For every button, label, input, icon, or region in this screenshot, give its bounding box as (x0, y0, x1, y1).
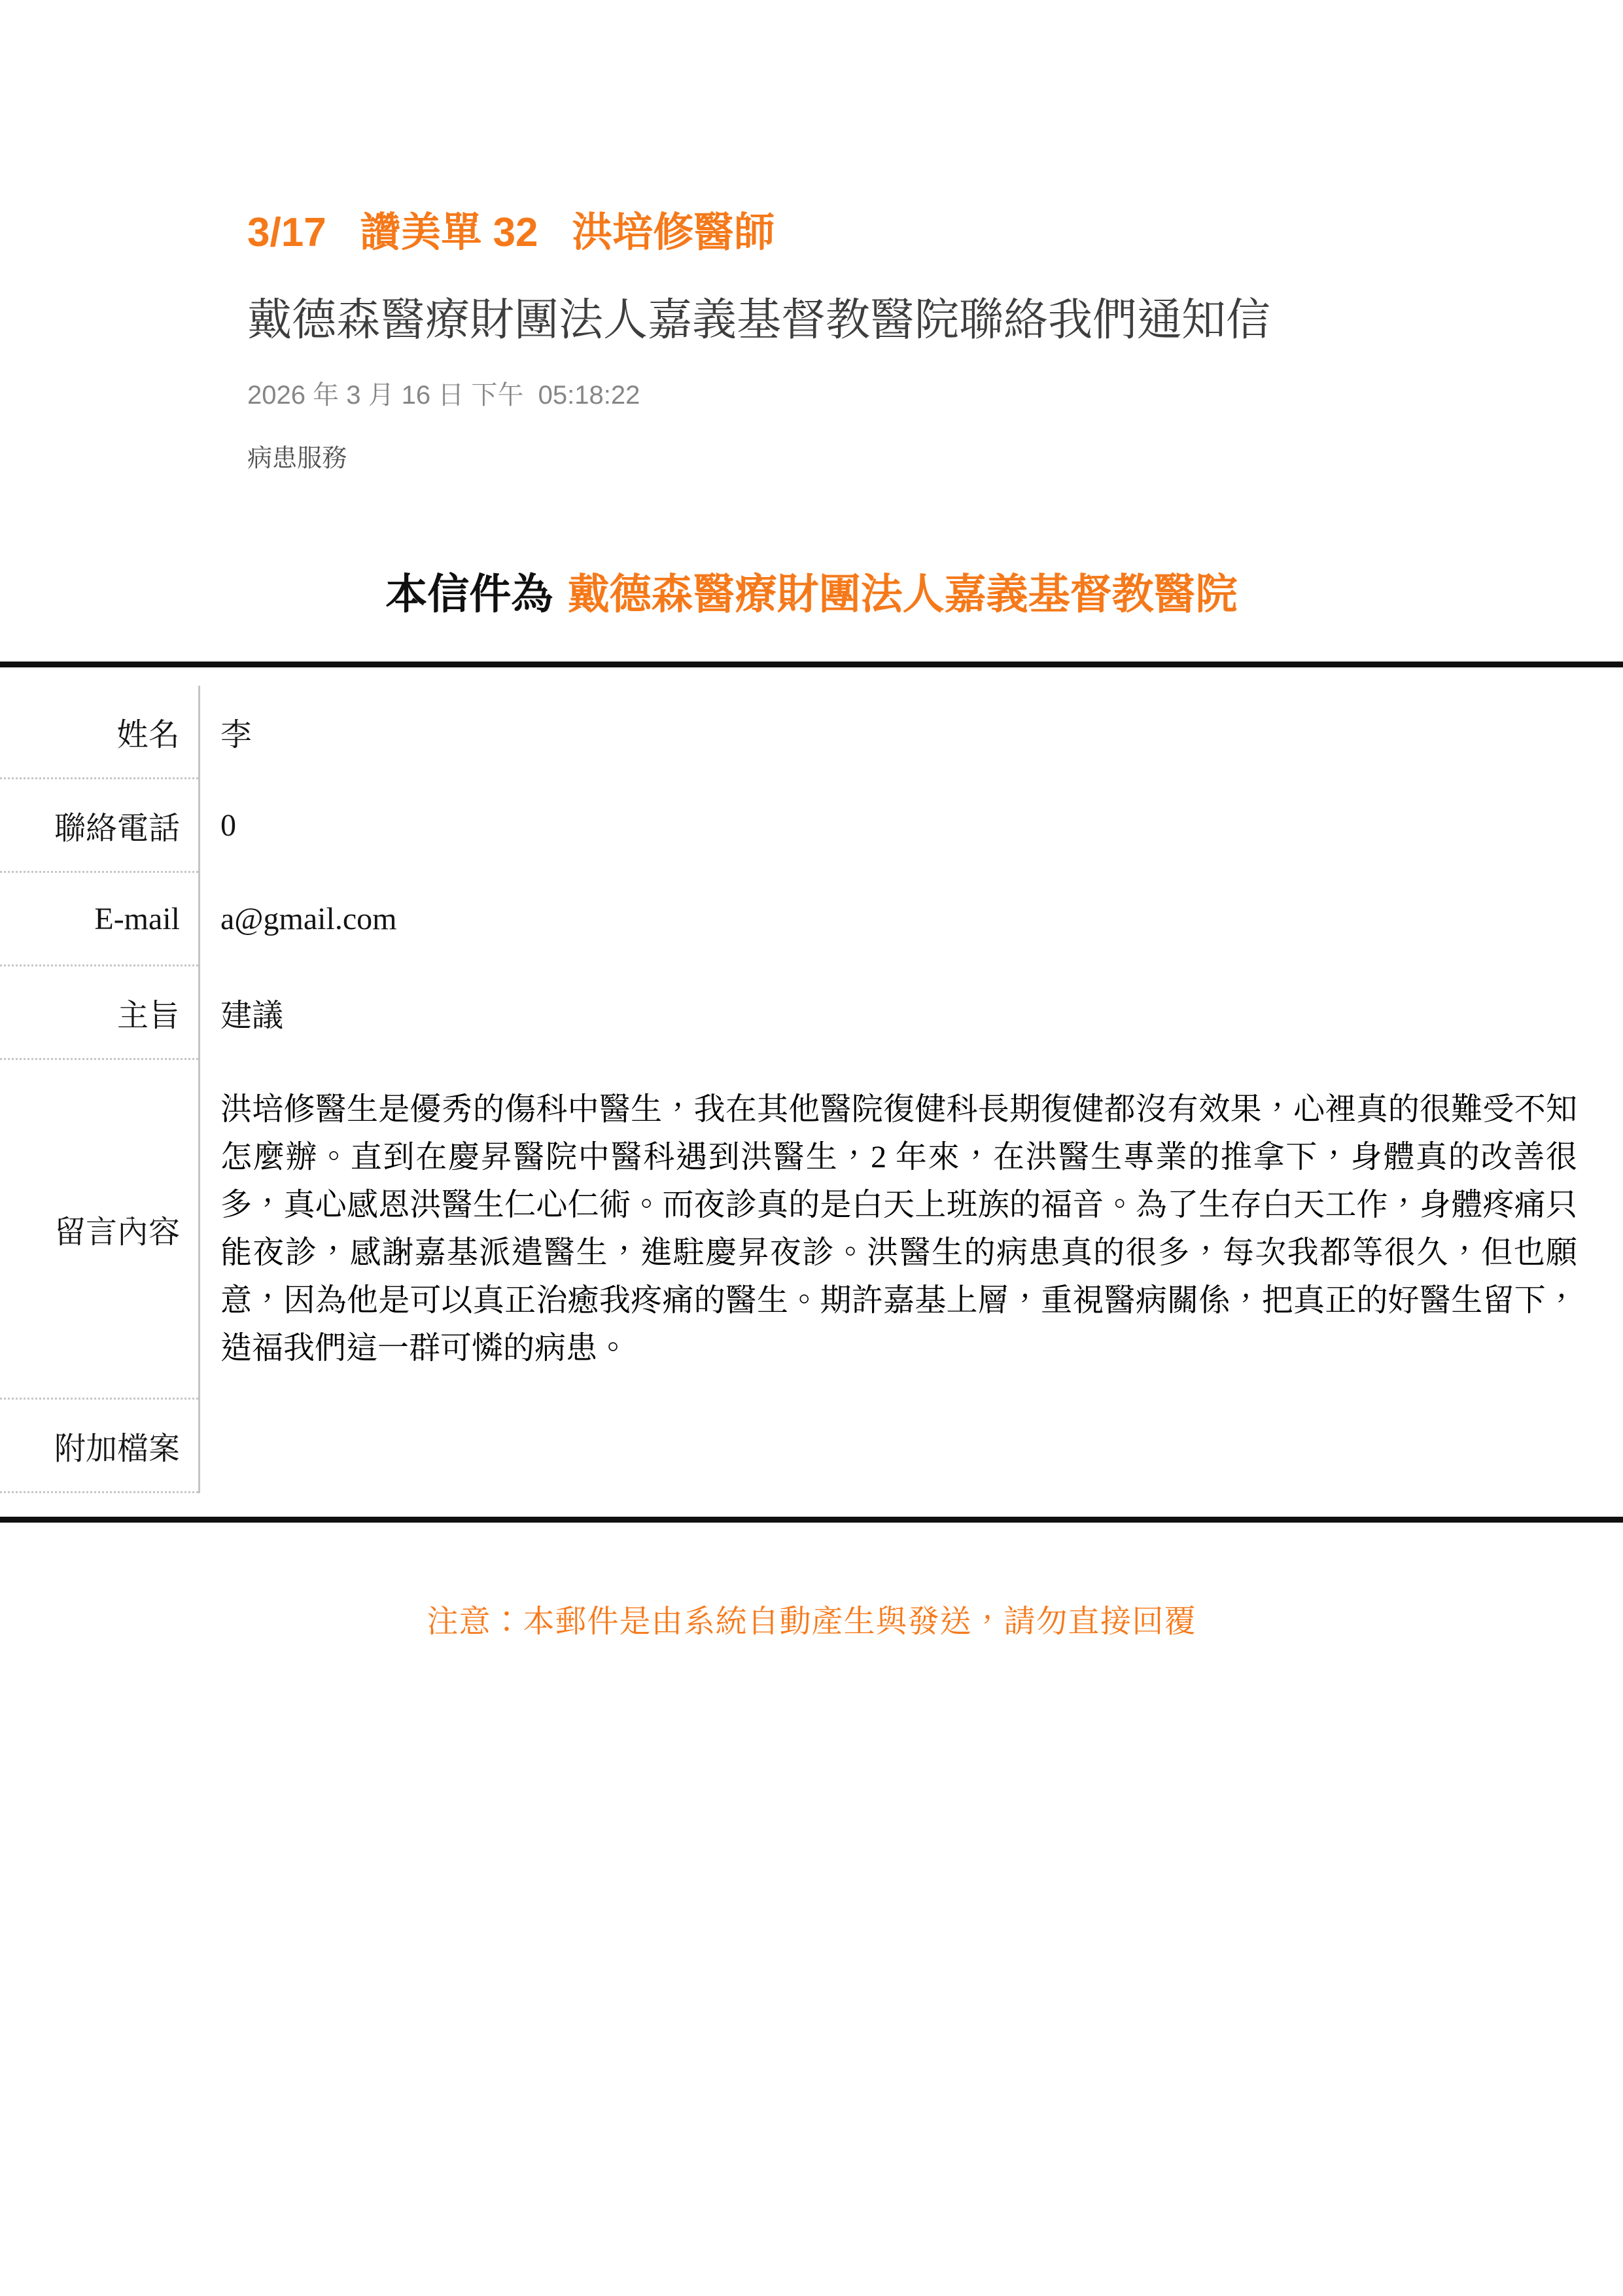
email-value: a@gmail.com (200, 872, 1623, 966)
document-title: 戴德森醫療財團法人嘉義基督教醫院聯絡我們通知信 (247, 294, 1623, 345)
message-content: 洪培修醫生是優秀的傷科中醫生，我在其他醫院復健科長期復健都沒有效果，心裡真的很難… (220, 1062, 1577, 1396)
attachment-label: 附加檔案 (0, 1399, 200, 1492)
name-value: 李 (200, 686, 1623, 779)
table-row-phone: 聯絡電話 0 (0, 779, 1623, 872)
hospital-name: 戴德森醫療財團法人嘉義基督教醫院 (568, 571, 1238, 618)
email-label: E-mail (0, 872, 200, 966)
praise-sheet-headline: 3/17 讚美單 32 洪培修醫師 (247, 211, 1623, 255)
divider-bottom (0, 1517, 1623, 1523)
name-label: 姓名 (0, 686, 200, 779)
divider-top (0, 662, 1623, 667)
letter-source-line: 本信件為戴德森醫療財團法人嘉義基督教醫院 (0, 569, 1623, 620)
table-row-message: 留言內容 洪培修醫生是優秀的傷科中醫生，我在其他醫院復健科長期復健都沒有效果，心… (0, 1059, 1623, 1399)
table-row-name: 姓名 李 (0, 686, 1623, 779)
subject-label: 主旨 (0, 966, 200, 1059)
phone-value: 0 (200, 779, 1623, 872)
phone-label: 聯絡電話 (0, 779, 200, 872)
message-label: 留言內容 (0, 1059, 200, 1399)
table-row-subject: 主旨 建議 (0, 966, 1623, 1059)
contact-form-table: 姓名 李 聯絡電話 0 E-mail a@gmail.com 主旨 建議 留言內… (0, 686, 1623, 1493)
system-auto-send-notice: 注意：本郵件是由系統自動產生與發送，請勿直接回覆 (0, 1596, 1623, 1641)
letter-source-prefix: 本信件為 (385, 571, 553, 618)
notification-letter-page: 3/17 讚美單 32 洪培修醫師 戴德森醫療財團法人嘉義基督教醫院聯絡我們通知… (0, 0, 1623, 2296)
table-row-email: E-mail a@gmail.com (0, 872, 1623, 966)
service-category-label: 病患服務 (247, 438, 1623, 474)
document-datetime: 2026 年 3 月 16 日 下午 05:18:22 (247, 374, 1623, 412)
document-header: 3/17 讚美單 32 洪培修醫師 戴德森醫療財團法人嘉義基督教醫院聯絡我們通知… (0, 0, 1623, 474)
table-row-attachment: 附加檔案 (0, 1399, 1623, 1492)
subject-value: 建議 (200, 966, 1623, 1059)
attachment-value (200, 1399, 1623, 1492)
